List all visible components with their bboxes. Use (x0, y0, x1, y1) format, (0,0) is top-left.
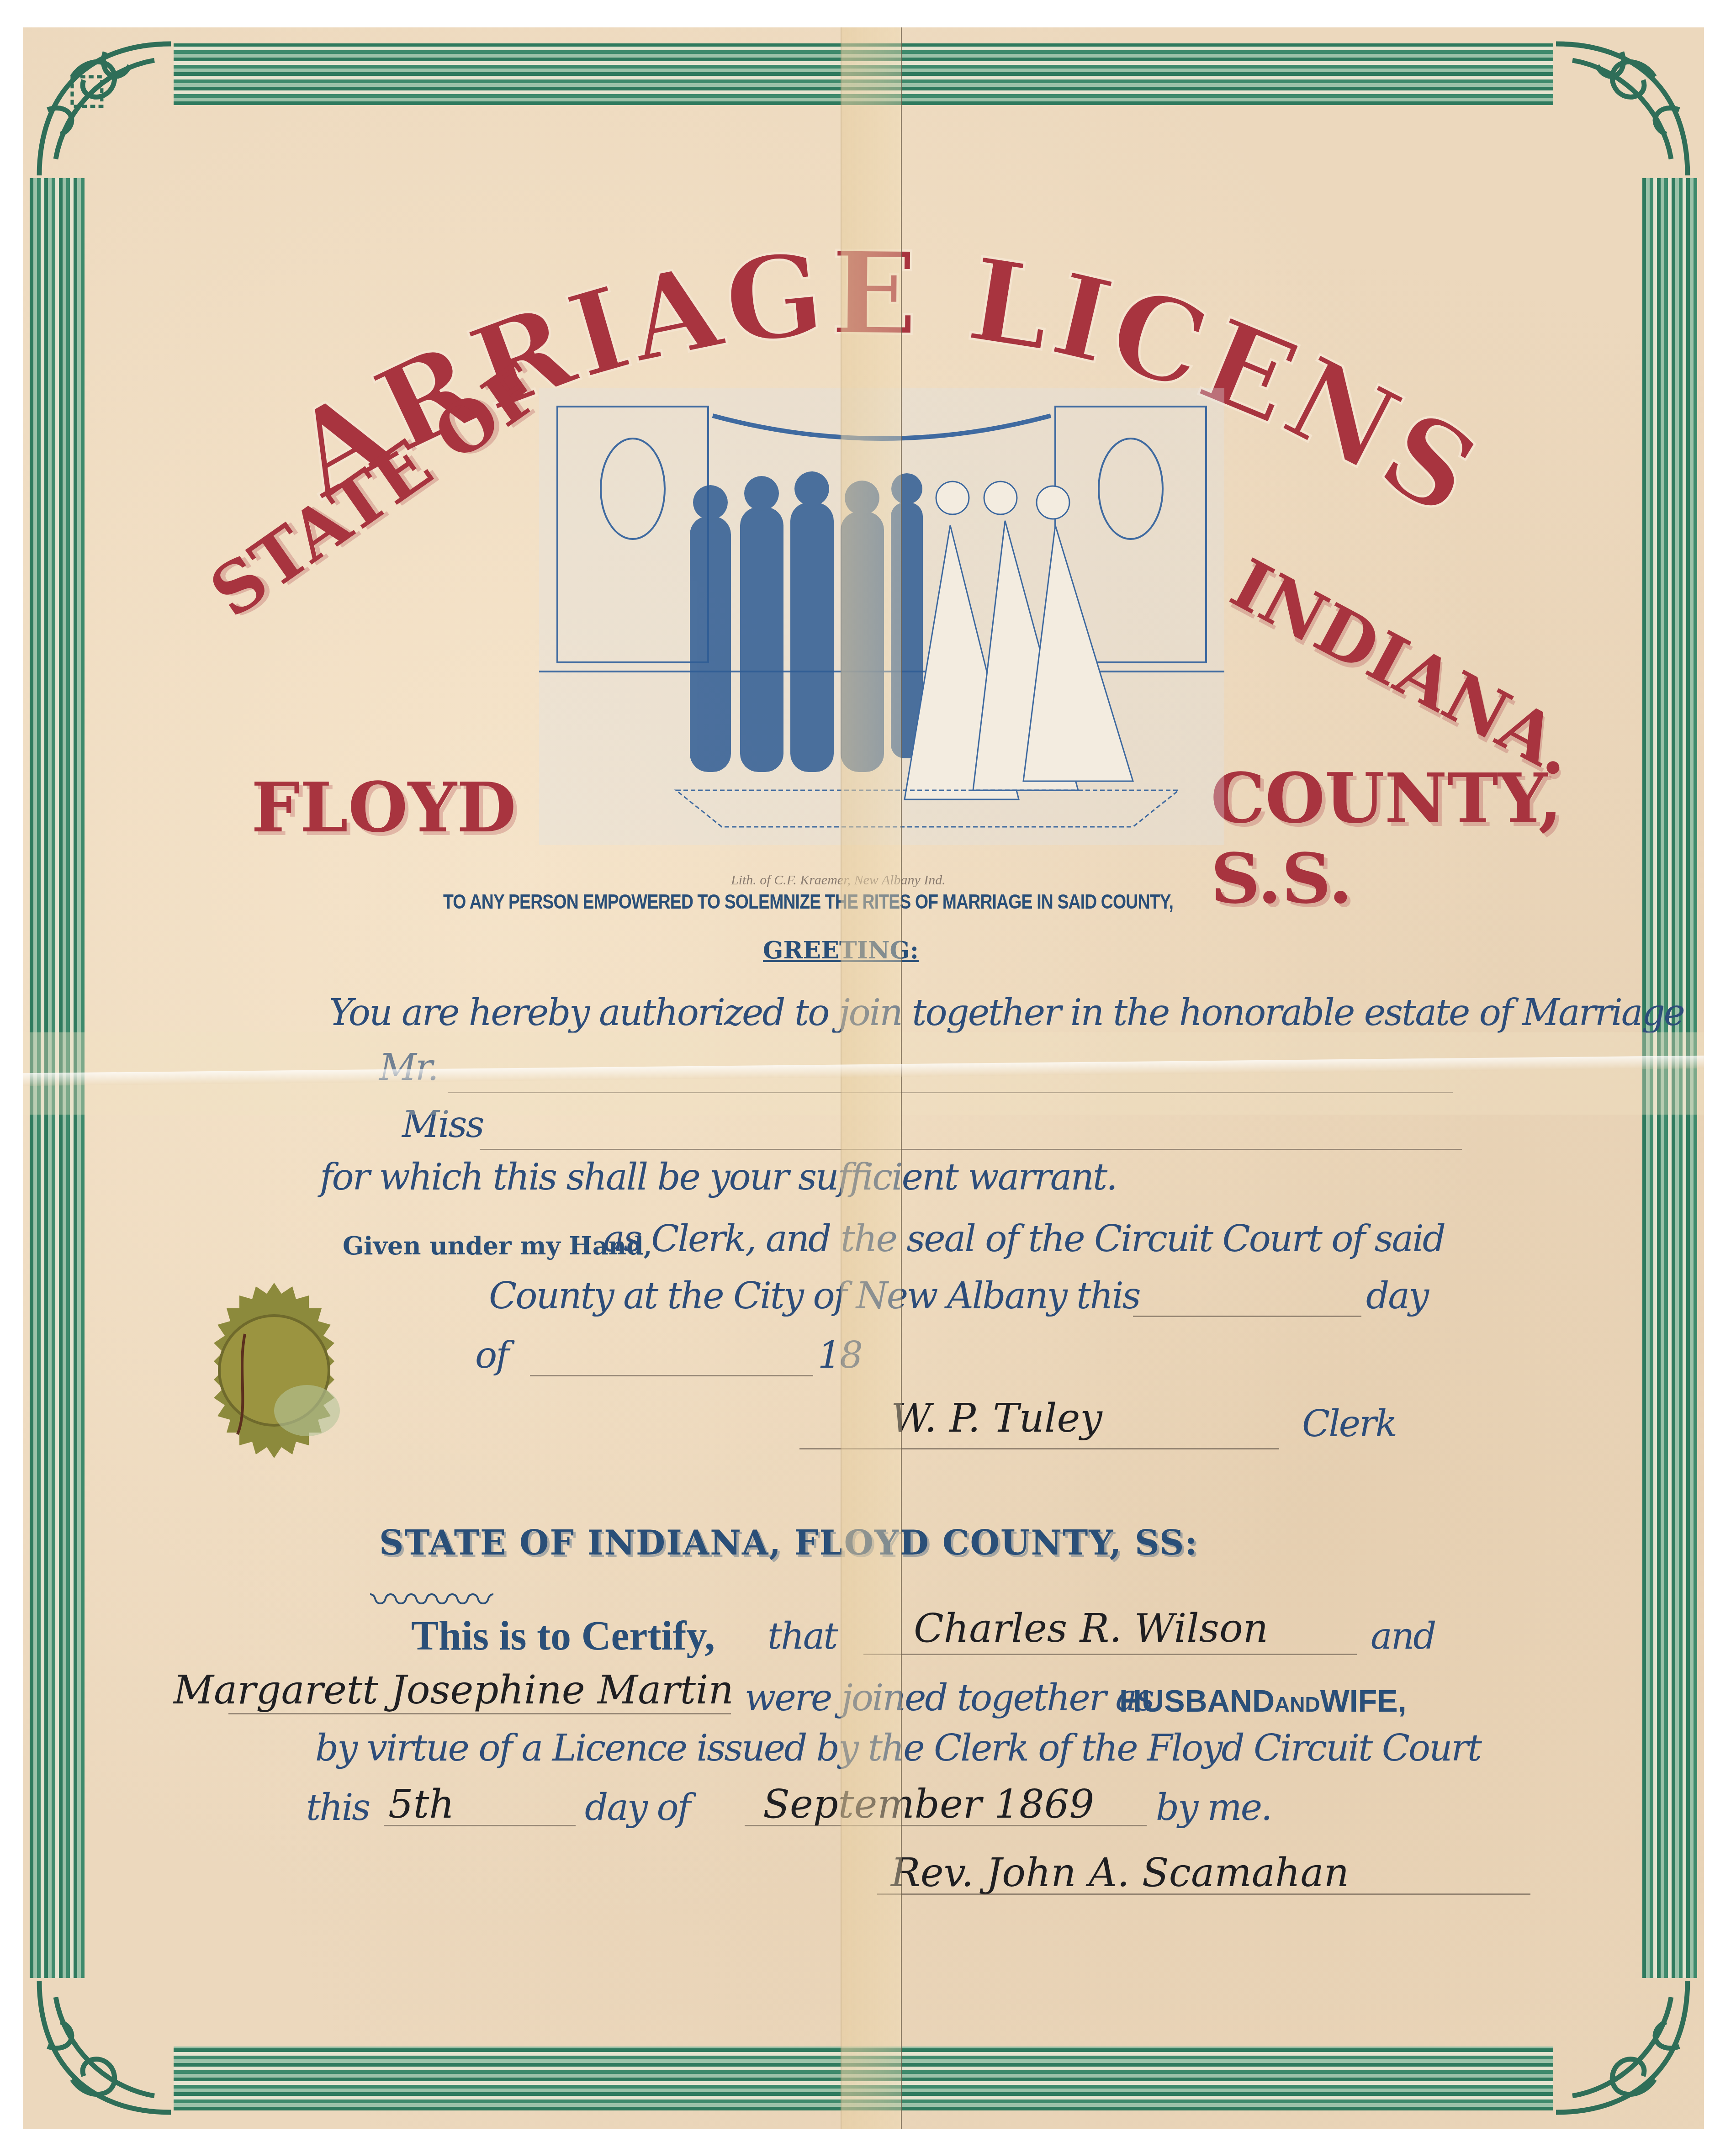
day-label: day (1366, 1274, 1428, 1317)
miss-name-line (480, 1149, 1462, 1150)
officiant-signature: Rev. John A. Scamahan (891, 1850, 1349, 1896)
marriage-day: 5th (388, 1782, 455, 1827)
day-of-label: day of (585, 1786, 689, 1829)
certify-label: This is to Certify, (411, 1613, 715, 1660)
county-name-label: FLOYD (251, 767, 516, 848)
wife-label: WIFE, (1320, 1684, 1407, 1719)
by-me-label: by me. (1156, 1786, 1271, 1829)
groom-name-line (863, 1654, 1357, 1655)
corner-ornament-icon (23, 27, 187, 192)
groom-name: Charles R. Wilson (914, 1606, 1268, 1651)
address-line: TO ANY PERSON EMPOWERED TO SOLEMNIZE THE… (443, 891, 1173, 914)
and-caps-label: AND (1275, 1692, 1320, 1716)
month-year-line (745, 1825, 1147, 1826)
vertical-fold-tape (841, 27, 902, 2129)
husband-label: HUSBAND (1119, 1684, 1275, 1719)
this-label: this (306, 1786, 369, 1829)
and-label: and (1371, 1615, 1435, 1657)
county-city-text: County at the City of New Albany this (489, 1274, 1140, 1317)
marriage-month-year: September 1869 (763, 1782, 1094, 1827)
certificate-heading: STATE OF INDIANA, FLOYD COUNTY, SS: (379, 1523, 1198, 1563)
month-line (530, 1375, 813, 1376)
bride-name-line (228, 1713, 731, 1714)
joined-text: were joined together as (745, 1676, 1153, 1719)
day-line (384, 1825, 576, 1826)
warrant-text: for which this shall be your sufficient … (320, 1156, 1117, 1198)
corner-ornament-icon (1540, 1964, 1704, 2129)
corner-ornament-icon (1540, 27, 1704, 192)
given-under-hand-text: as Clerk, and the seal of the Circuit Co… (603, 1217, 1445, 1260)
corner-ornament-icon (23, 1964, 187, 2129)
authorization-text: You are hereby authorized to join togeth… (329, 991, 1684, 1034)
printer-imprint: Lith. of C.F. Kraemer, New Albany Ind. (731, 873, 946, 888)
marriage-license-document: MARRIAGE LICENSE STATE OF INDIANA. FLOYD… (23, 27, 1704, 2129)
gold-seal-icon (183, 1279, 365, 1462)
that-label: that (767, 1615, 837, 1657)
clerk-signature: W. P. Tuley (891, 1396, 1102, 1441)
of-label: of (475, 1334, 508, 1376)
day-line (1133, 1316, 1361, 1317)
state-name-label: INDIANA. (1218, 544, 1591, 793)
officiant-signature-line (877, 1893, 1530, 1895)
county-ss-label: COUNTY, S.S. (1211, 758, 1704, 919)
clerk-label: Clerk (1302, 1402, 1396, 1445)
bride-name: Margarett Josephine Martin (174, 1667, 734, 1713)
husband-and-wife-label: HUSBANDANDWIFE, (1119, 1683, 1407, 1719)
